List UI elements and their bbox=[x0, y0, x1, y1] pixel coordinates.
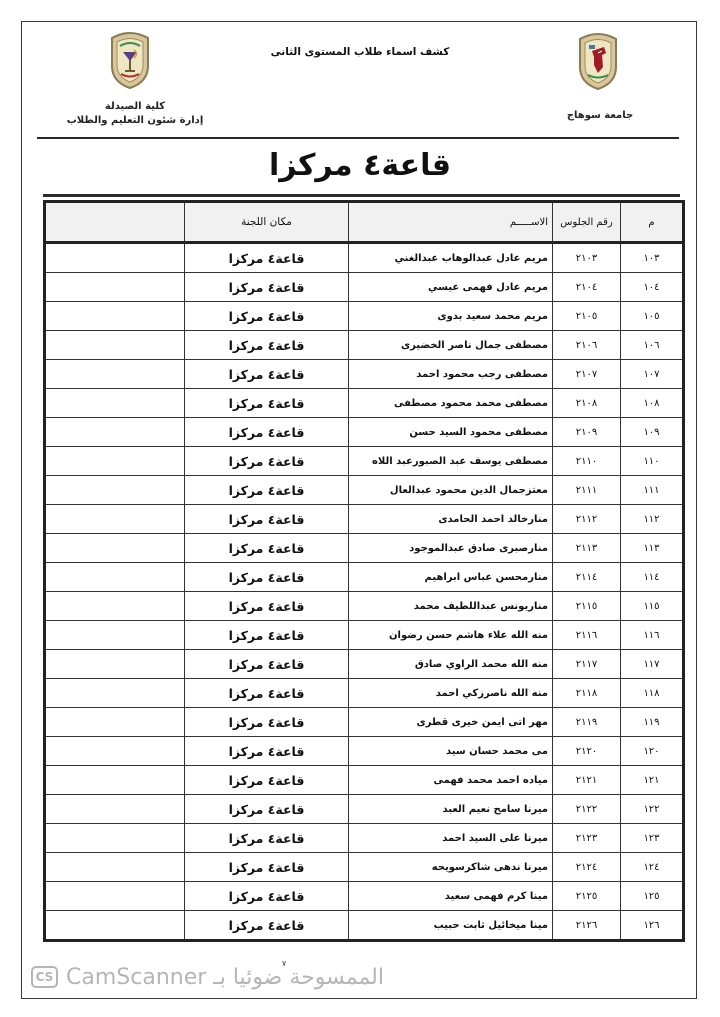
committee-place: قاعة٤ مركزا bbox=[185, 360, 349, 389]
blank-cell bbox=[45, 824, 185, 853]
committee-place: قاعة٤ مركزا bbox=[185, 592, 349, 621]
blank-cell bbox=[45, 505, 185, 534]
blank-cell bbox=[45, 679, 185, 708]
table-row: ١٢٢٢١٢٢ميرنا سامح نعيم العبدقاعة٤ مركزا bbox=[45, 795, 684, 824]
blank-cell bbox=[45, 621, 185, 650]
watermark-text: الممسوحة ضوئيا بـ CamScanner bbox=[66, 965, 384, 990]
table-row: ١٢٤٢١٢٤ميرنا ندهى شاكرسويحهقاعة٤ مركزا bbox=[45, 853, 684, 882]
student-name: منه الله علاء هاشم حسن رضوان bbox=[349, 621, 553, 650]
blank-cell bbox=[45, 273, 185, 302]
student-name: منارمحسن عباس ابراهيم bbox=[349, 563, 553, 592]
faculty-name: كلية الصيدلة bbox=[60, 100, 210, 114]
column-header-blank bbox=[45, 202, 185, 243]
seat-number: ٢١٢٥ bbox=[553, 882, 621, 911]
row-index: ١٢١ bbox=[621, 766, 684, 795]
committee-place: قاعة٤ مركزا bbox=[185, 911, 349, 941]
seat-number: ٢١١١ bbox=[553, 476, 621, 505]
blank-cell bbox=[45, 563, 185, 592]
row-index: ١٢٣ bbox=[621, 824, 684, 853]
row-index: ١١٢ bbox=[621, 505, 684, 534]
student-name: مصطفى يوسف عبد الصبورعبد اللاه bbox=[349, 447, 553, 476]
blank-cell bbox=[45, 708, 185, 737]
blank-cell bbox=[45, 911, 185, 941]
table-row: ١٢٣٢١٢٣ميرنا على السيد احمدقاعة٤ مركزا bbox=[45, 824, 684, 853]
seat-number: ٢١٢٤ bbox=[553, 853, 621, 882]
table-row: ١١٣٢١١٣منارصبرى صادق عبدالموجودقاعة٤ مرك… bbox=[45, 534, 684, 563]
student-name: ميرنا سامح نعيم العبد bbox=[349, 795, 553, 824]
row-index: ١٢٢ bbox=[621, 795, 684, 824]
blank-cell bbox=[45, 592, 185, 621]
seat-number: ٢١٢٣ bbox=[553, 824, 621, 853]
table-row: ١١١٢١١١معتزجمال الدين محمود عبدالعالقاعة… bbox=[45, 476, 684, 505]
row-index: ١١٨ bbox=[621, 679, 684, 708]
column-header-index: م bbox=[621, 202, 684, 243]
row-index: ١٠٩ bbox=[621, 418, 684, 447]
row-index: ١١٤ bbox=[621, 563, 684, 592]
table-row: ١١٢٢١١٢منارخالد احمد الحامدىقاعة٤ مركزا bbox=[45, 505, 684, 534]
blank-cell bbox=[45, 447, 185, 476]
student-name: معتزجمال الدين محمود عبدالعال bbox=[349, 476, 553, 505]
student-name: مريم عادل عبدالوهاب عبدالغني bbox=[349, 243, 553, 273]
committee-place: قاعة٤ مركزا bbox=[185, 795, 349, 824]
student-name: مناريونس عبداللطيف محمد bbox=[349, 592, 553, 621]
committee-place: قاعة٤ مركزا bbox=[185, 621, 349, 650]
seat-number: ٢١١٤ bbox=[553, 563, 621, 592]
committee-place: قاعة٤ مركزا bbox=[185, 708, 349, 737]
table-row: ١٢١٢١٢١مياده احمد محمد فهمىقاعة٤ مركزا bbox=[45, 766, 684, 795]
row-index: ١٢٦ bbox=[621, 911, 684, 941]
camscanner-watermark: CS الممسوحة ضوئيا بـ CamScanner bbox=[31, 962, 384, 992]
seat-number: ٢١٠٦ bbox=[553, 331, 621, 360]
committee-place: قاعة٤ مركزا bbox=[185, 853, 349, 882]
row-index: ١١٥ bbox=[621, 592, 684, 621]
seat-number: ٢١١٩ bbox=[553, 708, 621, 737]
student-roster-table: م رقم الجلوس الاســـــم مكان اللجنة ١٠٣٢… bbox=[43, 200, 685, 942]
table-row: ١٢٠٢١٢٠مى محمد حسان سيدقاعة٤ مركزا bbox=[45, 737, 684, 766]
seat-number: ٢١١٦ bbox=[553, 621, 621, 650]
faculty-caption: كلية الصيدلة إدارة شئون التعليم والطلاب bbox=[60, 100, 210, 128]
seat-number: ٢١٠٤ bbox=[553, 273, 621, 302]
row-index: ١٢٤ bbox=[621, 853, 684, 882]
committee-place: قاعة٤ مركزا bbox=[185, 302, 349, 331]
committee-place: قاعة٤ مركزا bbox=[185, 534, 349, 563]
row-index: ١١١ bbox=[621, 476, 684, 505]
row-index: ١١٩ bbox=[621, 708, 684, 737]
document-title: كشف اسماء طلاب المستوى الثانى bbox=[240, 46, 480, 58]
committee-place: قاعة٤ مركزا bbox=[185, 389, 349, 418]
blank-cell bbox=[45, 882, 185, 911]
seat-number: ٢١١٧ bbox=[553, 650, 621, 679]
seat-number: ٢١٠٩ bbox=[553, 418, 621, 447]
table-row: ١١٨٢١١٨منه الله ناصرزكي احمدقاعة٤ مركزا bbox=[45, 679, 684, 708]
column-header-name: الاســـــم bbox=[349, 202, 553, 243]
table-row: ١١٤٢١١٤منارمحسن عباس ابراهيمقاعة٤ مركزا bbox=[45, 563, 684, 592]
committee-place: قاعة٤ مركزا bbox=[185, 476, 349, 505]
committee-place: قاعة٤ مركزا bbox=[185, 273, 349, 302]
blank-cell bbox=[45, 331, 185, 360]
student-name: منارخالد احمد الحامدى bbox=[349, 505, 553, 534]
faculty-emblem-icon bbox=[108, 30, 152, 90]
row-index: ١١٧ bbox=[621, 650, 684, 679]
table-row: ١١٩٢١١٩مهر اتى ايمن خيرى قطرىقاعة٤ مركزا bbox=[45, 708, 684, 737]
row-index: ١٠٤ bbox=[621, 273, 684, 302]
blank-cell bbox=[45, 534, 185, 563]
row-index: ١١٣ bbox=[621, 534, 684, 563]
blank-cell bbox=[45, 737, 185, 766]
student-name: مى محمد حسان سيد bbox=[349, 737, 553, 766]
committee-place: قاعة٤ مركزا bbox=[185, 824, 349, 853]
committee-place: قاعة٤ مركزا bbox=[185, 243, 349, 273]
seat-number: ٢١١٥ bbox=[553, 592, 621, 621]
table-header-row: م رقم الجلوس الاســـــم مكان اللجنة bbox=[45, 202, 684, 243]
seat-number: ٢١١٢ bbox=[553, 505, 621, 534]
student-name: مصطفى رجب محمود احمد bbox=[349, 360, 553, 389]
row-index: ١١٦ bbox=[621, 621, 684, 650]
committee-place: قاعة٤ مركزا bbox=[185, 418, 349, 447]
university-caption: جامعة سوهاج bbox=[560, 109, 640, 123]
student-name: مصطفى محمد محمود مصطفى bbox=[349, 389, 553, 418]
table-row: ١٢٥٢١٢٥مينا كرم فهمى سعيدقاعة٤ مركزا bbox=[45, 882, 684, 911]
row-index: ١٢٠ bbox=[621, 737, 684, 766]
committee-place: قاعة٤ مركزا bbox=[185, 447, 349, 476]
row-index: ١٠٦ bbox=[621, 331, 684, 360]
student-name: مينا ميخائيل ثابت حبيب bbox=[349, 911, 553, 941]
blank-cell bbox=[45, 302, 185, 331]
blank-cell bbox=[45, 650, 185, 679]
row-index: ١٠٧ bbox=[621, 360, 684, 389]
title-divider bbox=[43, 194, 680, 197]
seat-number: ٢١٠٣ bbox=[553, 243, 621, 273]
seat-number: ٢١٠٥ bbox=[553, 302, 621, 331]
blank-cell bbox=[45, 795, 185, 824]
table-row: ١٠٤٢١٠٤مريم عادل فهمى عيسيقاعة٤ مركزا bbox=[45, 273, 684, 302]
header-divider bbox=[37, 137, 679, 139]
committee-place: قاعة٤ مركزا bbox=[185, 563, 349, 592]
table-row: ١٠٨٢١٠٨مصطفى محمد محمود مصطفىقاعة٤ مركزا bbox=[45, 389, 684, 418]
student-name: مصطفى محمود السيد حسن bbox=[349, 418, 553, 447]
seat-number: ٢١٠٨ bbox=[553, 389, 621, 418]
student-name: منارصبرى صادق عبدالموجود bbox=[349, 534, 553, 563]
camscanner-logo-icon: CS bbox=[31, 966, 58, 988]
student-name: مياده احمد محمد فهمى bbox=[349, 766, 553, 795]
blank-cell bbox=[45, 389, 185, 418]
student-name: ميرنا على السيد احمد bbox=[349, 824, 553, 853]
table-row: ١٠٦٢١٠٦مصطفى جمال ناصر الخضيرىقاعة٤ مركز… bbox=[45, 331, 684, 360]
row-index: ١٠٣ bbox=[621, 243, 684, 273]
blank-cell bbox=[45, 418, 185, 447]
table-row: ١١٦٢١١٦منه الله علاء هاشم حسن رضوانقاعة٤… bbox=[45, 621, 684, 650]
seat-number: ٢١١٣ bbox=[553, 534, 621, 563]
student-name: مريم عادل فهمى عيسي bbox=[349, 273, 553, 302]
student-name: مهر اتى ايمن خيرى قطرى bbox=[349, 708, 553, 737]
row-index: ١١٠ bbox=[621, 447, 684, 476]
table-row: ١١٠٢١١٠مصطفى يوسف عبد الصبورعبد اللاهقاع… bbox=[45, 447, 684, 476]
committee-place: قاعة٤ مركزا bbox=[185, 882, 349, 911]
seat-number: ٢١٢٦ bbox=[553, 911, 621, 941]
committee-place: قاعة٤ مركزا bbox=[185, 331, 349, 360]
committee-place: قاعة٤ مركزا bbox=[185, 679, 349, 708]
student-name: مريم محمد سعيد بدوى bbox=[349, 302, 553, 331]
blank-cell bbox=[45, 853, 185, 882]
department-name: إدارة شئون التعليم والطلاب bbox=[60, 114, 210, 128]
committee-place: قاعة٤ مركزا bbox=[185, 737, 349, 766]
row-index: ١٠٨ bbox=[621, 389, 684, 418]
blank-cell bbox=[45, 476, 185, 505]
table-row: ١٢٦٢١٢٦مينا ميخائيل ثابت حبيبقاعة٤ مركزا bbox=[45, 911, 684, 941]
blank-cell bbox=[45, 243, 185, 273]
table-row: ١٠٥٢١٠٥مريم محمد سعيد بدوىقاعة٤ مركزا bbox=[45, 302, 684, 331]
university-emblem-icon bbox=[576, 31, 620, 91]
student-name: مينا كرم فهمى سعيد bbox=[349, 882, 553, 911]
committee-place: قاعة٤ مركزا bbox=[185, 650, 349, 679]
blank-cell bbox=[45, 360, 185, 389]
hall-title: قاعة٤ مركزا bbox=[230, 148, 490, 183]
seat-number: ٢١١٨ bbox=[553, 679, 621, 708]
row-index: ١٠٥ bbox=[621, 302, 684, 331]
table-row: ١٠٩٢١٠٩مصطفى محمود السيد حسنقاعة٤ مركزا bbox=[45, 418, 684, 447]
table-row: ١١٧٢١١٧منه الله محمد الراوي صادققاعة٤ مر… bbox=[45, 650, 684, 679]
blank-cell bbox=[45, 766, 185, 795]
committee-place: قاعة٤ مركزا bbox=[185, 766, 349, 795]
student-name: منه الله ناصرزكي احمد bbox=[349, 679, 553, 708]
university-name: جامعة سوهاج bbox=[560, 109, 640, 123]
student-name: ميرنا ندهى شاكرسويحه bbox=[349, 853, 553, 882]
seat-number: ٢١٠٧ bbox=[553, 360, 621, 389]
student-name: مصطفى جمال ناصر الخضيرى bbox=[349, 331, 553, 360]
row-index: ١٢٥ bbox=[621, 882, 684, 911]
table-row: ١٠٣٢١٠٣مريم عادل عبدالوهاب عبدالغنيقاعة٤… bbox=[45, 243, 684, 273]
table-row: ١٠٧٢١٠٧مصطفى رجب محمود احمدقاعة٤ مركزا bbox=[45, 360, 684, 389]
seat-number: ٢١١٠ bbox=[553, 447, 621, 476]
table-row: ١١٥٢١١٥مناريونس عبداللطيف محمدقاعة٤ مركز… bbox=[45, 592, 684, 621]
seat-number: ٢١٢١ bbox=[553, 766, 621, 795]
column-header-seat-number: رقم الجلوس bbox=[553, 202, 621, 243]
student-name: منه الله محمد الراوي صادق bbox=[349, 650, 553, 679]
seat-number: ٢١٢٢ bbox=[553, 795, 621, 824]
committee-place: قاعة٤ مركزا bbox=[185, 505, 349, 534]
column-header-committee-place: مكان اللجنة bbox=[185, 202, 349, 243]
seat-number: ٢١٢٠ bbox=[553, 737, 621, 766]
